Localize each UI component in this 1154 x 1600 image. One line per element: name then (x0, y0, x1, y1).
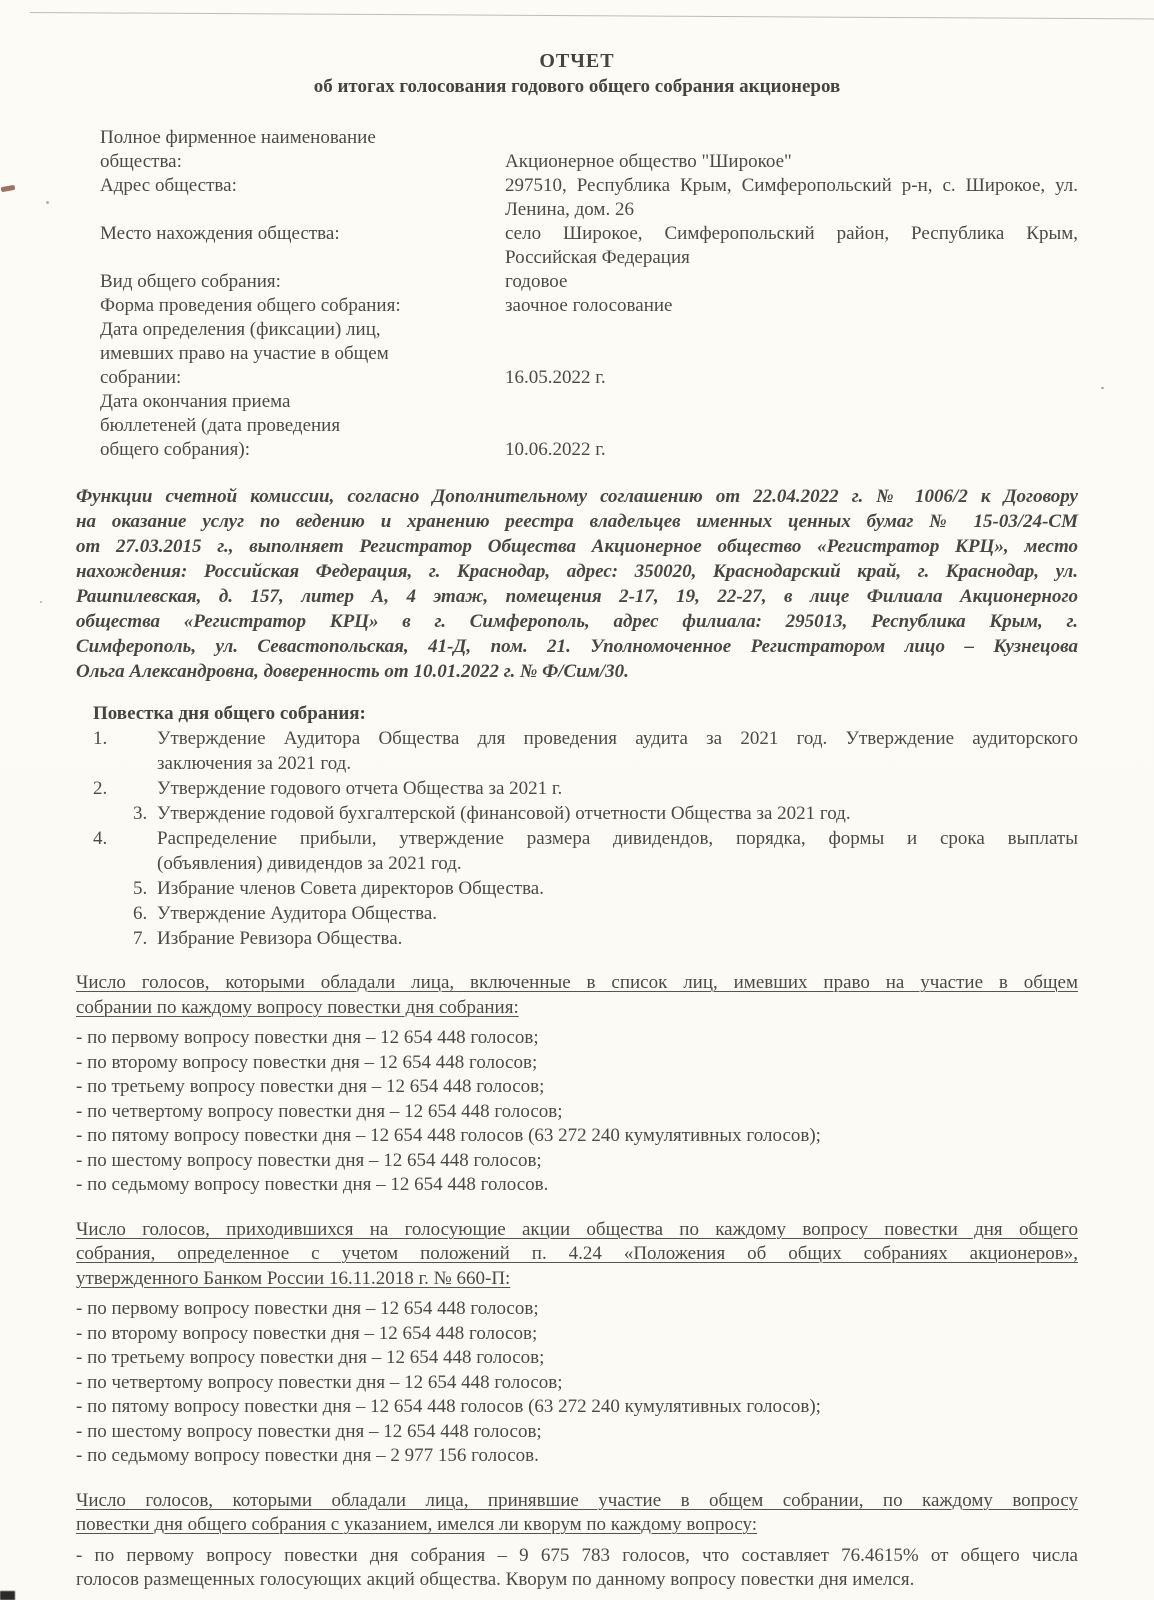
registrar-paragraph-line: Функции счетной комиссии, согласно Допол… (76, 484, 1078, 509)
document-title: ОТЧЕТ (76, 48, 1078, 74)
registrar-paragraph-line: от 27.03.2015 г., выполняет Регистратор … (76, 534, 1078, 559)
vote-line: голосов размещенных голосующих акций общ… (76, 1568, 1078, 1593)
vote-line: - по третьему вопросу повестки дня – 12 … (76, 1075, 1078, 1100)
agenda-item-line: Избрание Ревизора Общества. (157, 926, 1078, 951)
agenda-item-line: Распределение прибыли, утверждение разме… (157, 826, 1078, 851)
scanned-document-page: ОТЧЕТ об итогах голосования годового общ… (0, 0, 1154, 1600)
agenda-item: 2. Утверждение годового отчета Общества … (76, 776, 1078, 801)
field-value-line: село Широкое, Симферопольский район, Рес… (505, 222, 1078, 246)
section-heading: Число голосов, которыми обладали лица, в… (76, 971, 1078, 1020)
field-value-line: 297510, Республика Крым, Симферопольский… (505, 174, 1078, 198)
agenda-item-number: 3. (133, 801, 147, 826)
field-value-line: 10.06.2022 г. (505, 438, 1078, 462)
field-label: Полное фирменное наименование общества: (100, 126, 505, 174)
registrar-paragraph-line: Рашпилевская, д. 157, литер А, 4 этаж, п… (76, 584, 1078, 609)
vote-line: - по седьмому вопросу повестки дня – 2 9… (76, 1444, 1078, 1469)
agenda-item: 1. Утверждение Аудитора Общества для про… (76, 726, 1078, 776)
scan-speck (46, 201, 49, 204)
field-row: Адрес общества: 297510, Республика Крым,… (100, 174, 1078, 222)
field-value-line: 16.05.2022 г. (505, 366, 1078, 390)
field-label: Дата определения (фиксации) лиц, имевших… (100, 318, 505, 390)
field-row: Полное фирменное наименование общества: … (100, 126, 1078, 174)
scan-mark-left-margin (1, 185, 16, 192)
agenda-item: 3. Утверждение годовой бухгалтерской (фи… (76, 801, 1078, 826)
agenda-item-number: 4. (93, 826, 107, 851)
registrar-paragraph: Функции счетной комиссии, согласно Допол… (76, 484, 1078, 684)
vote-lines: - по первому вопросу повестки дня собран… (76, 1544, 1078, 1593)
field-value: 10.06.2022 г. (505, 438, 1078, 462)
section-heading: Число голосов, приходившихся на голосующ… (76, 1218, 1078, 1292)
field-row: Дата определения (фиксации) лиц, имевших… (100, 318, 1078, 390)
vote-line: - по четвертому вопросу повестки дня – 1… (76, 1371, 1078, 1396)
agenda-item-line: Утверждение годовой бухгалтерской (финан… (157, 801, 1078, 826)
agenda-item-text: Утверждение Аудитора Общества. (157, 901, 1078, 926)
agenda-item-line: Избрание членов Совета директоров Общест… (157, 876, 1078, 901)
agenda-item-text: Утверждение годовой бухгалтерской (финан… (157, 801, 1078, 826)
field-row: Форма проведения общего собрания: заочно… (100, 294, 1078, 318)
scan-mark-bottom-corner (0, 1591, 15, 1600)
field-row: Дата окончания приема бюллетеней (дата п… (100, 390, 1078, 462)
agenda-item: 5. Избрание членов Совета директоров Общ… (76, 876, 1078, 901)
scan-speck (40, 601, 42, 603)
section-heading: Число голосов, которыми обладали лица, п… (76, 1489, 1078, 1538)
vote-line: - по первому вопросу повестки дня собран… (76, 1544, 1078, 1569)
scan-edge-line (30, 12, 1154, 20)
agenda-item-line: (объявления) дивидендов за 2021 год. (157, 851, 1078, 876)
agenda-item-line: Утверждение Аудитора Общества для провед… (157, 726, 1078, 751)
agenda-item-text: Избрание Ревизора Общества. (157, 926, 1078, 951)
field-label: Адрес общества: (100, 174, 505, 198)
vote-line: - по пятому вопросу повестки дня – 12 65… (76, 1395, 1078, 1420)
field-row: Место нахождения общества: село Широкое,… (100, 222, 1078, 270)
field-value: Акционерное общество "Широкое" (505, 150, 1078, 174)
agenda-item-line: заключения за 2021 год. (157, 751, 1078, 776)
field-value: годовое (505, 270, 1078, 294)
section-votes-entitled: Число голосов, которыми обладали лица, в… (76, 971, 1078, 1198)
vote-line: - по третьему вопросу повестки дня – 12 … (76, 1346, 1078, 1371)
vote-line: - по первому вопросу повестки дня – 12 6… (76, 1297, 1078, 1322)
field-value-line: годовое (505, 270, 1078, 294)
vote-line: - по шестому вопросу повестки дня – 12 6… (76, 1420, 1078, 1445)
field-value-line: заочное голосование (505, 294, 1078, 318)
field-row: Вид общего собрания: годовое (100, 270, 1078, 294)
field-value: 16.05.2022 г. (505, 366, 1078, 390)
vote-line: - по пятому вопросу повестки дня – 12 65… (76, 1124, 1078, 1149)
vote-line: - по шестому вопросу повестки дня – 12 6… (76, 1149, 1078, 1174)
registrar-paragraph-line: Симферополь, ул. Севастопольская, 41-Д, … (76, 634, 1078, 659)
section-heading-line: собрании по каждому вопросу повестки дня… (76, 996, 1078, 1021)
agenda-item: 7. Избрание Ревизора Общества. (76, 926, 1078, 951)
vote-line: - по первому вопросу повестки дня – 12 6… (76, 1026, 1078, 1051)
agenda-item-text: Избрание членов Совета директоров Общест… (157, 876, 1078, 901)
section-quorum: Число голосов, которыми обладали лица, п… (76, 1489, 1078, 1593)
field-label: Вид общего собрания: (100, 270, 505, 294)
document-subtitle: об итогах голосования годового общего со… (76, 74, 1078, 99)
field-label: Форма проведения общего собрания: (100, 294, 505, 318)
section-heading-line: Число голосов, которыми обладали лица, п… (76, 1489, 1078, 1514)
vote-line: - по четвертому вопросу повестки дня – 1… (76, 1100, 1078, 1125)
vote-lines: - по первому вопросу повестки дня – 12 6… (76, 1297, 1078, 1469)
registrar-paragraph-line: общества «Регистратор КРЦ» в г. Симфероп… (76, 609, 1078, 634)
agenda-item: 4. Распределение прибыли, утверждение ра… (76, 826, 1078, 876)
field-label: Место нахождения общества: (100, 222, 505, 246)
company-info-table: Полное фирменное наименование общества: … (100, 126, 1078, 462)
section-heading-line: утвержденного Банком России 16.11.2018 г… (76, 1267, 1078, 1292)
field-label: Дата окончания приема бюллетеней (дата п… (100, 390, 505, 462)
agenda-item-text: Утверждение годового отчета Общества за … (157, 776, 1078, 801)
section-heading-line: собрания, определенное с учетом положени… (76, 1242, 1078, 1267)
field-value-line: Акционерное общество "Широкое" (505, 150, 1078, 174)
section-heading-line: Число голосов, приходившихся на голосующ… (76, 1218, 1078, 1243)
field-value: заочное голосование (505, 294, 1078, 318)
agenda-heading: Повестка дня общего собрания: (93, 701, 1078, 726)
agenda-item-text: Распределение прибыли, утверждение разме… (157, 826, 1078, 876)
agenda: Повестка дня общего собрания: 1. Утвержд… (76, 701, 1078, 951)
agenda-item-number: 1. (93, 726, 107, 751)
registrar-paragraph-line: Ольга Александровна, доверенность от 10.… (76, 659, 1078, 684)
section-voting-shares: Число голосов, приходившихся на голосующ… (76, 1218, 1078, 1469)
field-value: село Широкое, Симферопольский район, Рес… (505, 222, 1078, 270)
agenda-item-line: Утверждение годового отчета Общества за … (157, 776, 1078, 801)
field-value: 297510, Республика Крым, Симферопольский… (505, 174, 1078, 222)
agenda-item-number: 5. (133, 876, 147, 901)
agenda-item-number: 2. (93, 776, 107, 801)
agenda-item-number: 6. (133, 901, 147, 926)
agenda-item-number: 7. (133, 926, 147, 951)
field-value-line: Ленина, дом. 26 (505, 198, 1078, 222)
vote-lines: - по первому вопросу повестки дня – 12 6… (76, 1026, 1078, 1198)
section-heading-line: повестки дня общего собрания с указанием… (76, 1513, 1078, 1538)
document-header: ОТЧЕТ об итогах голосования годового общ… (76, 48, 1078, 99)
registrar-paragraph-line: нахождения: Российская Федерация, г. Кра… (76, 559, 1078, 584)
agenda-item: 6. Утверждение Аудитора Общества. (76, 901, 1078, 926)
section-heading-line: Число голосов, которыми обладали лица, в… (76, 971, 1078, 996)
field-value-line: Российская Федерация (505, 246, 1078, 270)
vote-line: - по второму вопросу повестки дня – 12 6… (76, 1051, 1078, 1076)
agenda-item-text: Утверждение Аудитора Общества для провед… (157, 726, 1078, 776)
vote-line: - по второму вопросу повестки дня – 12 6… (76, 1322, 1078, 1347)
agenda-item-line: Утверждение Аудитора Общества. (157, 901, 1078, 926)
scan-speck (1101, 387, 1104, 389)
registrar-paragraph-line: на оказание услуг по ведению и хранению … (76, 509, 1078, 534)
vote-line: - по седьмому вопросу повестки дня – 12 … (76, 1173, 1078, 1198)
